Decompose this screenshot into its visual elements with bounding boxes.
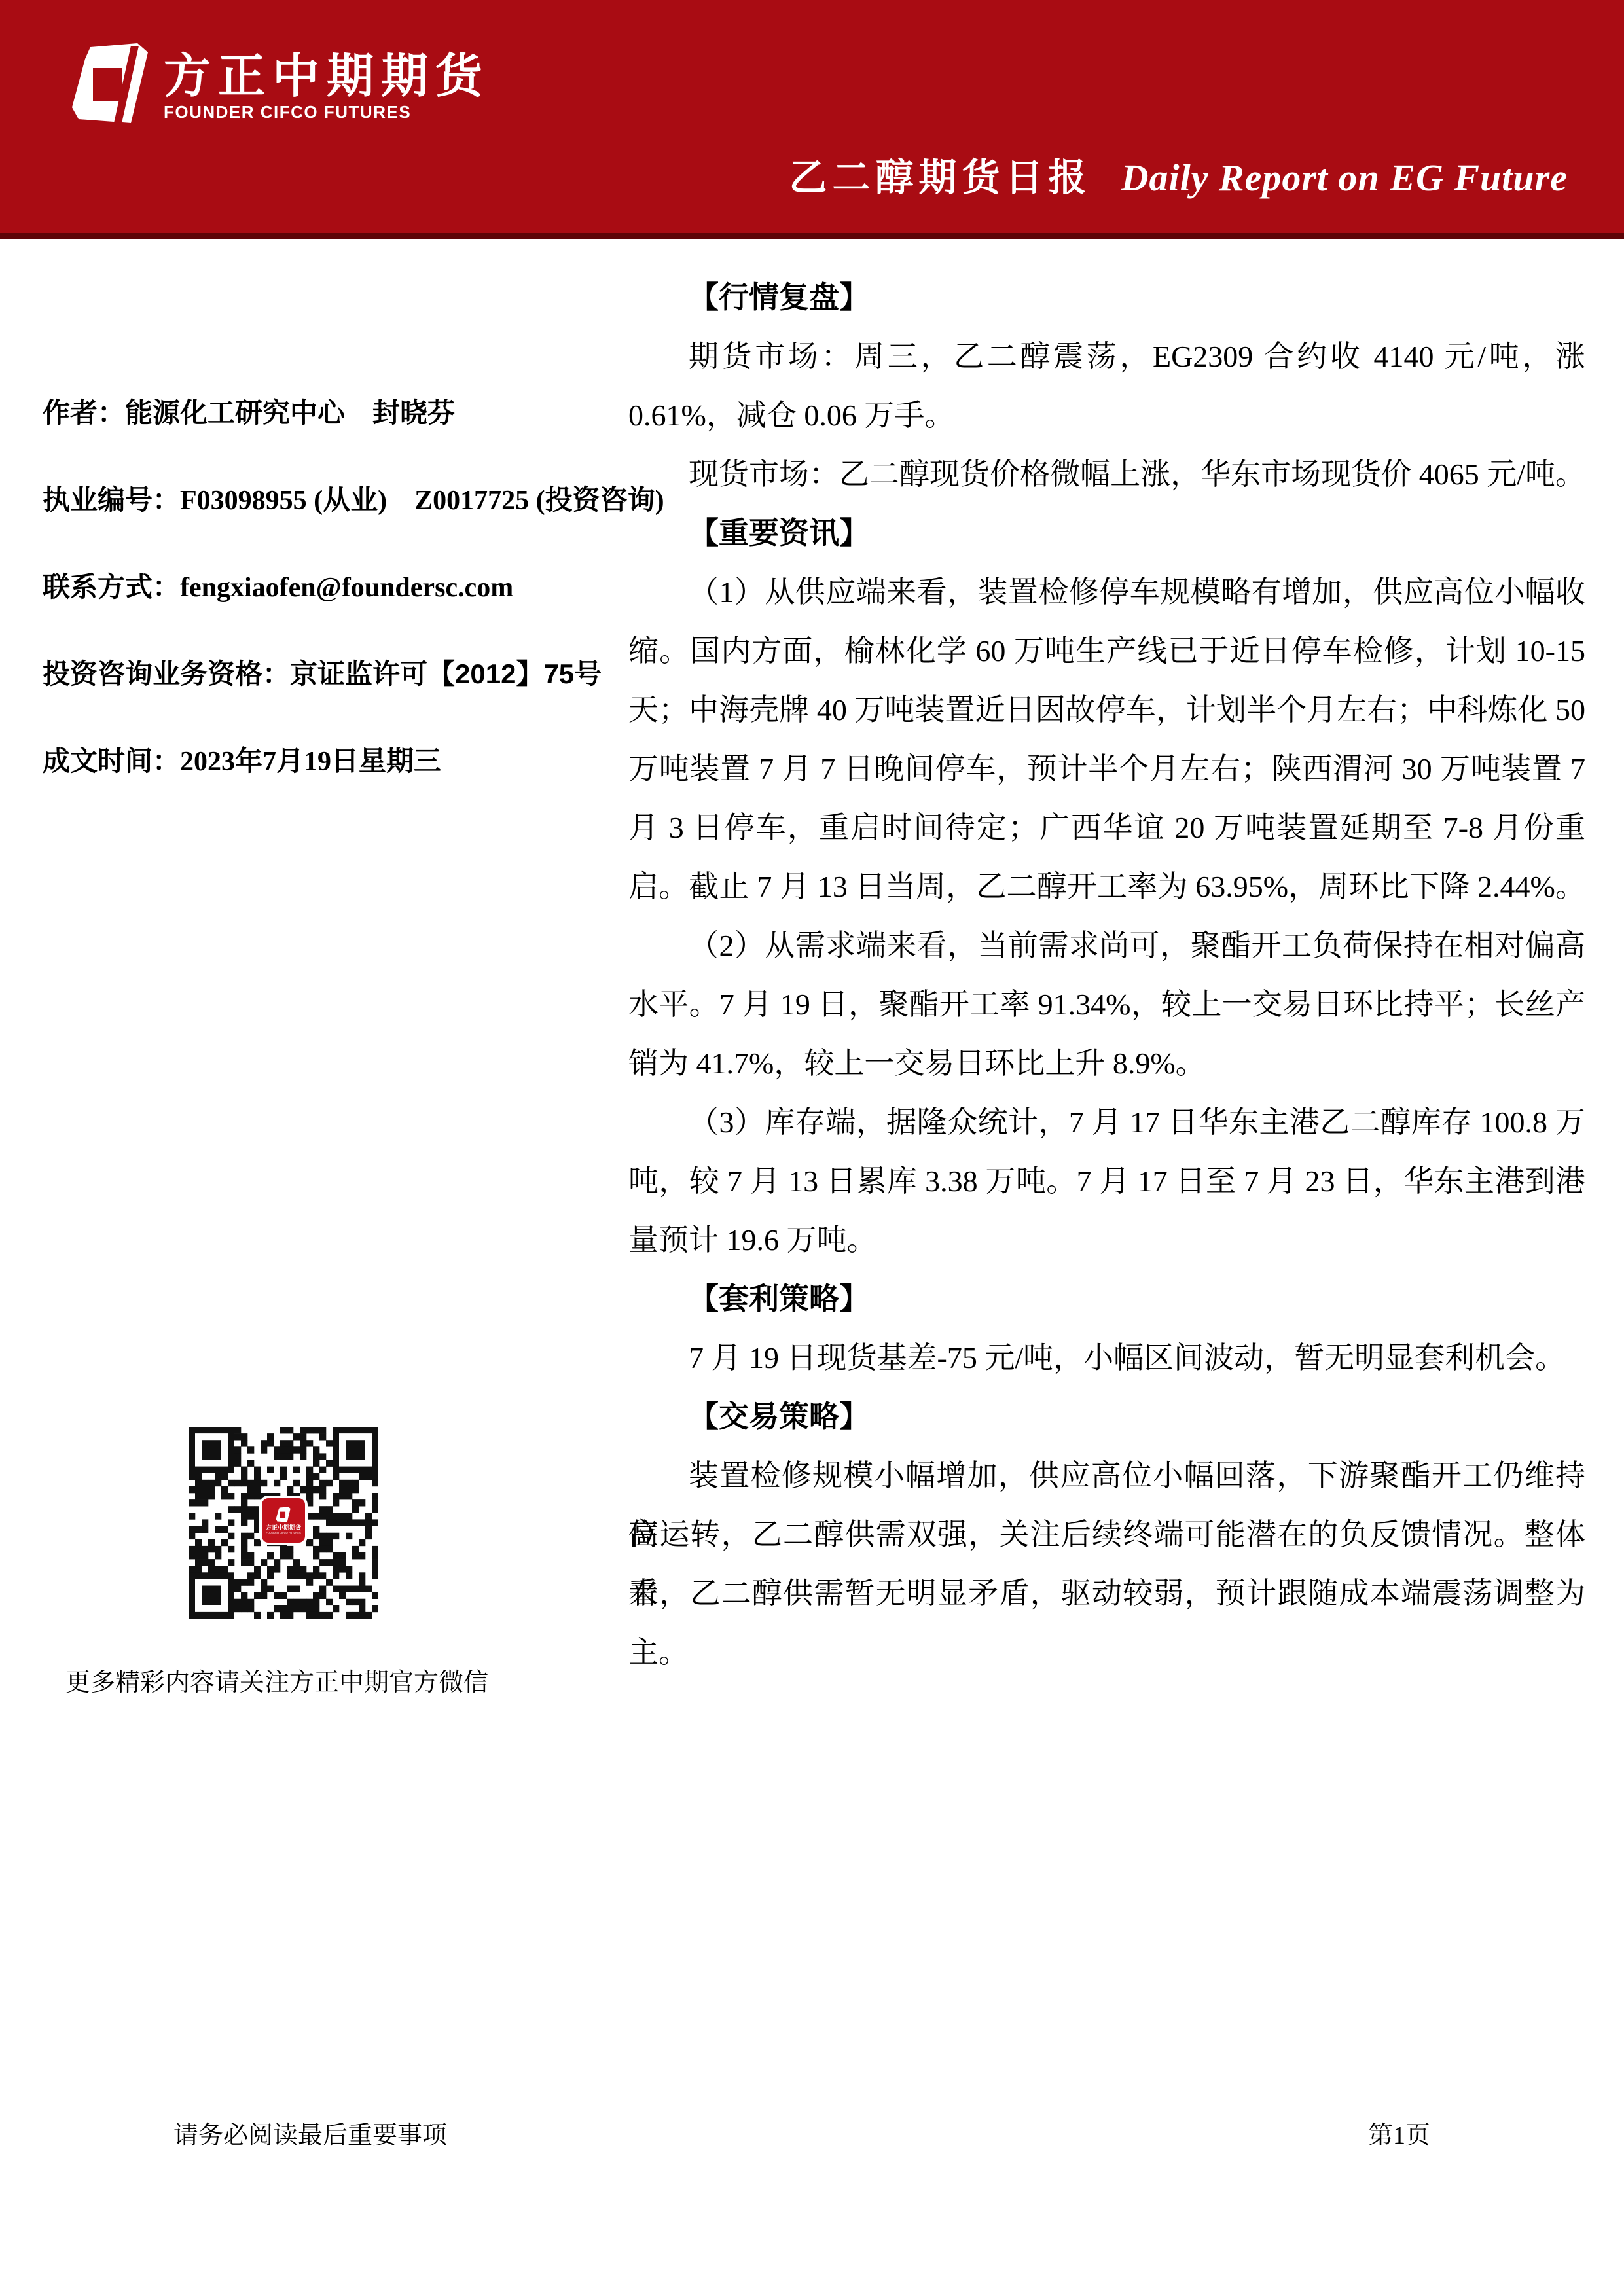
body-line: 看，乙二醇供需暂无明显矛盾，驱动较弱，预计跟随成本端震荡调整为 (628, 1564, 1585, 1623)
company-logo-en: FOUNDER CIFCO FUTURES (164, 102, 530, 122)
report-header: 方正中期期货 FOUNDER CIFCO FUTURES 乙二醇期货日报 Dai… (0, 0, 1624, 239)
qr-caption: 更多精彩内容请关注方正中期官方微信 (65, 1668, 563, 1698)
section-heading: 【交易策略】 (628, 1388, 1585, 1446)
license-no-line: 执业编号：F03098955 (从业) Z0017725 (投资咨询) (43, 480, 632, 520)
body-line: 期货市场：周三，乙二醇震荡，EG2309 合约收 4140 元/吨，涨 (628, 327, 1585, 386)
report-date-line: 成文时间：2023年7月19日星期三 (43, 742, 632, 781)
body-line: 销为 41.7%，较上一交易日环比上升 8.9%。 (628, 1034, 1585, 1093)
body-line: 月 3 日停车，重启时间待定；广西华谊 20 万吨装置延期至 7-8 月份重 (628, 798, 1585, 857)
body-line: （3）库存端，据隆众统计，7 月 17 日华东主港乙二醇库存 100.8 万 (628, 1093, 1585, 1152)
qualification-label: 投资咨询业务资格： (43, 658, 290, 689)
section-heading: 【套利策略】 (628, 1270, 1585, 1329)
license-no-value: F03098955 (从业) Z0017725 (投资咨询) (180, 486, 664, 516)
body-line: 天；中海壳牌 40 万吨装置近日因故停车，计划半个月左右；中科炼化 50 (628, 681, 1585, 740)
body-line: （2）从需求端来看，当前需求尚可，聚酯开工负荷保持在相对偏高 (628, 916, 1585, 975)
report-title-en: Daily Report on EG Future (1121, 156, 1568, 200)
author-label: 作者： (43, 397, 125, 428)
contact-line: 联系方式：fengxiaofen@foundersc.com (43, 567, 632, 607)
section-heading: 【重要资讯】 (628, 504, 1585, 563)
qr-badge-company-cjk: 方正中期期货 (266, 1524, 301, 1531)
author-value: 能源化工研究中心 封晓芬 (125, 397, 455, 428)
body-line: 装置检修规模小幅增加，供应高位小幅回落，下游聚酯开工仍维持高 (628, 1446, 1585, 1505)
qualification-value: 京证监许可【2012】75号 (290, 658, 602, 689)
body-line: 吨，较 7 月 13 日累库 3.38 万吨。7 月 17 日至 7 月 23 … (628, 1152, 1585, 1211)
founder-hexagon-mark-icon (68, 42, 154, 124)
footer-page-number: 第1页 (1368, 2121, 1430, 2151)
contact-label: 联系方式： (43, 571, 180, 602)
report-date-value: 2023年7月19日星期三 (180, 747, 441, 777)
body-line: 主。 (628, 1623, 1585, 1682)
body-line: 位运转，乙二醇供需双强，关注后续终端可能潜在的负反馈情况。整体来 (628, 1505, 1585, 1564)
body-line: 启。截止 7 月 13 日当周，乙二醇开工率为 63.95%，周环比下降 2.4… (628, 857, 1585, 916)
qr-badge-company-en: FOUNDER CIFCO FUTURES (266, 1531, 300, 1535)
report-date-label: 成文时间： (43, 745, 180, 776)
report-title: 乙二醇期货日报 Daily Report on EG Future (789, 147, 1568, 202)
license-no-label: 执业编号： (43, 484, 180, 515)
report-title-cjk: 乙二醇期货日报 (789, 147, 1092, 202)
qr-center-logo-badge: 方正中期期货 FOUNDER CIFCO FUTURES (259, 1496, 308, 1545)
footer-disclaimer: 请务必阅读最后重要事项 (173, 2121, 447, 2151)
body-line: 水平。7 月 19 日，聚酯开工率 91.34%，较上一交易日环比持平；长丝产 (628, 975, 1585, 1034)
report-page: 方正中期期货 FOUNDER CIFCO FUTURES 乙二醇期货日报 Dai… (0, 0, 1624, 2296)
body-line: 现货市场：乙二醇现货价格微幅上涨，华东市场现货价 4065 元/吨。 (628, 445, 1585, 504)
body-line: 0.61%，减仓 0.06 万手。 (628, 386, 1585, 445)
report-body: 【行情复盘】期货市场：周三，乙二醇震荡，EG2309 合约收 4140 元/吨，… (628, 268, 1585, 1682)
body-line: 量预计 19.6 万吨。 (628, 1211, 1585, 1270)
body-line: 缩。国内方面，榆林化学 60 万吨生产线已于近日停车检修，计划 10-15 (628, 622, 1585, 681)
contact-email: fengxiaofen@foundersc.com (180, 573, 513, 603)
author-line: 作者：能源化工研究中心 封晓芬 (43, 393, 632, 433)
qualification-line: 投资咨询业务资格：京证监许可【2012】75号 (43, 655, 632, 694)
section-heading: 【行情复盘】 (628, 268, 1585, 327)
body-line: 7 月 19 日现货基差-75 元/吨，小幅区间波动，暂无明显套利机会。 (628, 1329, 1585, 1388)
body-line: （1）从供应端来看，装置检修停车规模略有增加，供应高位小幅收 (628, 563, 1585, 622)
company-logo-cjk: 方正中期期货 (164, 38, 530, 106)
body-line: 万吨装置 7 月 7 日晚间停车，预计半个月左右；陕西渭河 30 万吨装置 7 (628, 740, 1585, 798)
wechat-qr-code: 方正中期期货 FOUNDER CIFCO FUTURES (189, 1427, 378, 1619)
founder-hexagon-mark-icon (275, 1507, 292, 1522)
